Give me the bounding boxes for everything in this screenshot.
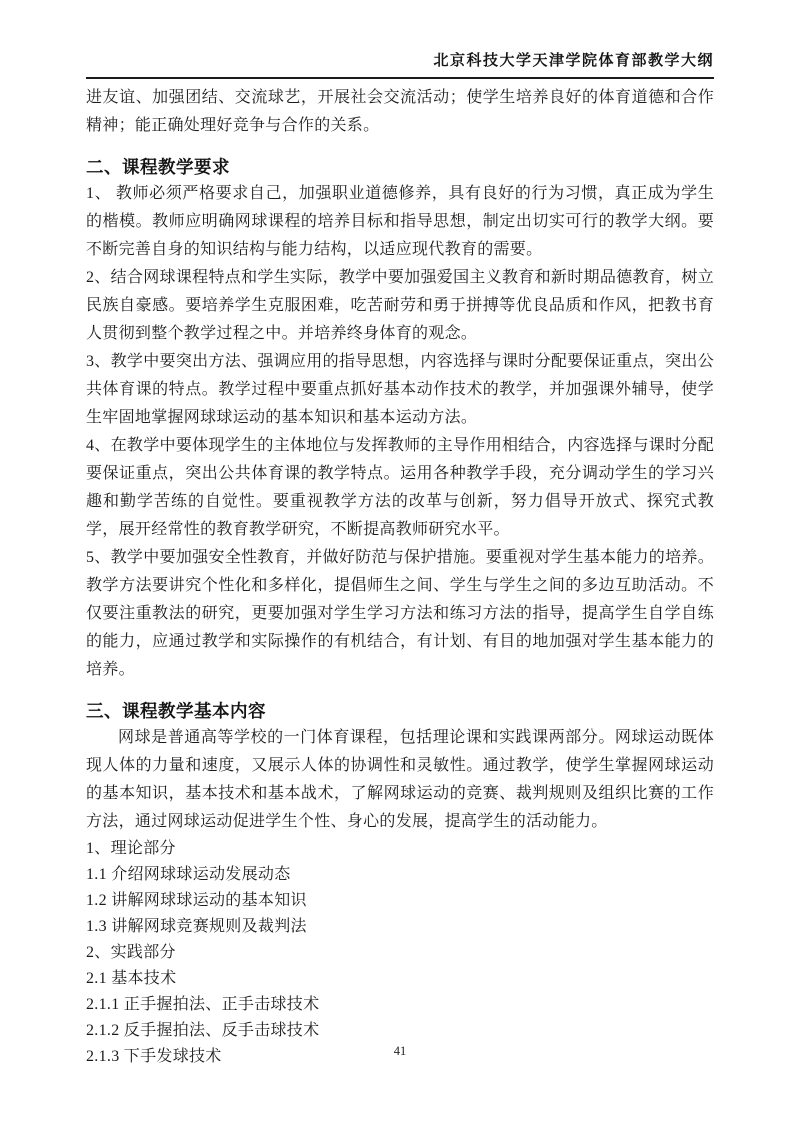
section3-heading: 三、课程教学基本内容	[86, 698, 714, 724]
section2-paragraph-1: 1、 教师必须严格要求自己，加强职业道德修养，具有良好的行为习惯，真正成为学生的…	[86, 180, 714, 264]
page-number: 41	[0, 1044, 800, 1059]
section3-intro-paragraph: 网球是普通高等学校的一门体育课程，包括理论课和实践课两部分。网球运动既体现人体的…	[86, 724, 714, 836]
outline-item-theory: 1、理论部分	[86, 836, 714, 862]
page-content-area: 北京科技大学天津学院体育部教学大纲 进友谊、加强团结、交流球艺，开展社会交流活动…	[0, 0, 800, 1070]
document-header-title: 北京科技大学天津学院体育部教学大纲	[86, 50, 714, 79]
section2-heading: 二、课程教学要求	[86, 154, 714, 180]
section3-outline: 1、理论部分 1.1 介绍网球球运动发展动态 1.2 讲解网球球运动的基本知识 …	[86, 836, 714, 1070]
section2-paragraph-3: 3、教学中要突出方法、强调应用的指导思想，内容选择与课时分配要保证重点，突出公共…	[86, 348, 714, 432]
outline-item-2-1-1: 2.1.1 正手握拍法、正手击球技术	[86, 992, 714, 1018]
document-body: 进友谊、加强团结、交流球艺，开展社会交流活动；使学生培养良好的体育道德和合作精神…	[86, 84, 714, 1070]
section2-paragraph-5: 5、教学中要加强安全性教育，并做好防范与保护措施。要重视对学生基本能力的培养。教…	[86, 544, 714, 684]
outline-item-practice: 2、实践部分	[86, 940, 714, 966]
outline-item-1-3: 1.3 讲解网球竞赛规则及裁判法	[86, 914, 714, 940]
outline-item-2-1: 2.1 基本技术	[86, 966, 714, 992]
section2-paragraph-4: 4、在教学中要体现学生的主体地位与发挥教师的主导作用相结合，内容选择与课时分配要…	[86, 432, 714, 544]
outline-item-2-1-2: 2.1.2 反手握拍法、反手击球技术	[86, 1018, 714, 1044]
outline-item-1-1: 1.1 介绍网球球运动发展动态	[86, 862, 714, 888]
document-page: 北京科技大学天津学院体育部教学大纲 进友谊、加强团结、交流球艺，开展社会交流活动…	[0, 0, 800, 1131]
intro-continuation-paragraph: 进友谊、加强团结、交流球艺，开展社会交流活动；使学生培养良好的体育道德和合作精神…	[86, 84, 714, 140]
section2-paragraph-2: 2、结合网球课程特点和学生实际，教学中要加强爱国主义教育和新时期品德教育，树立民…	[86, 264, 714, 348]
outline-item-1-2: 1.2 讲解网球球运动的基本知识	[86, 888, 714, 914]
